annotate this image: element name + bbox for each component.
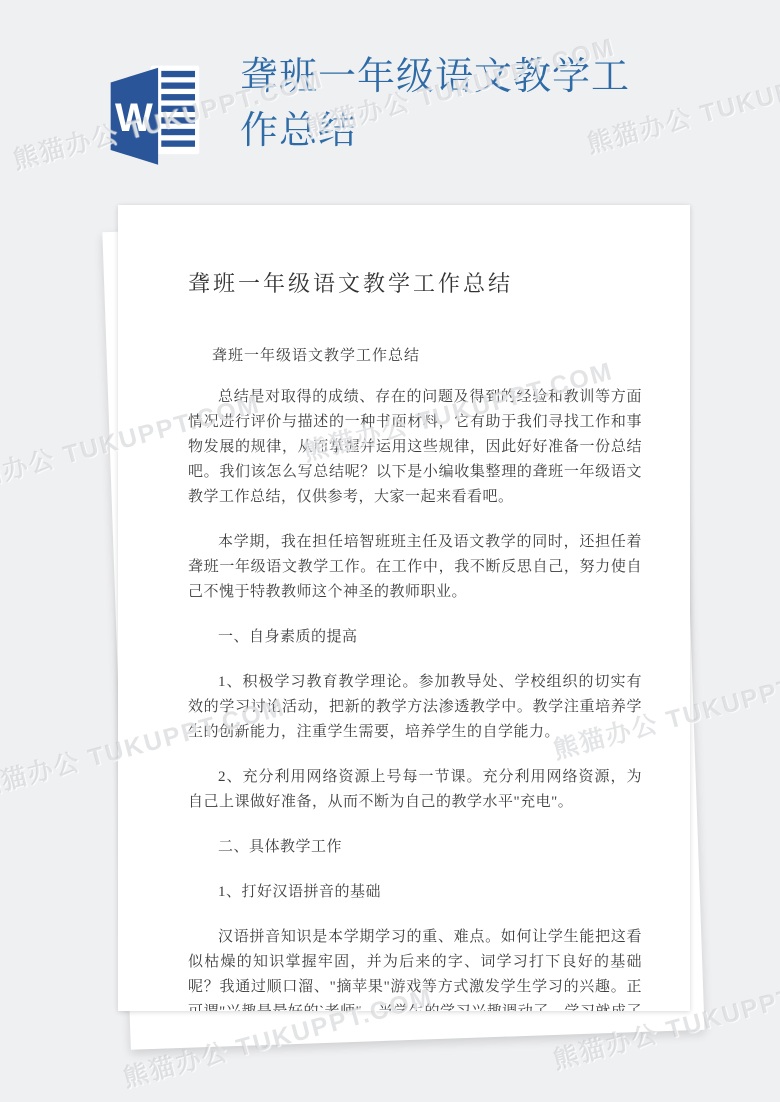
doc-paragraph: 一、自身素质的提高 [188, 625, 642, 650]
word-file-icon: W [98, 58, 214, 166]
header: W 聋班一年级语文教学工作总结 [0, 0, 780, 190]
page-title: 聋班一年级语文教学工作总结 [240, 50, 664, 158]
document-preview: W 聋班一年级语文教学工作总结 聋班一年级语文教学工作总结聋班一年级语文教学工作… [0, 0, 780, 1102]
doc-paragraph: 二、具体教学工作 [188, 835, 642, 860]
doc-subtitle: 聋班一年级语文教学工作总结 [188, 344, 642, 365]
document-content: 聋班一年级语文教学工作总结聋班一年级语文教学工作总结总结是对取得的成绩、存在的问… [118, 205, 690, 1011]
doc-paragraph: 总结是对取得的成绩、存在的问题及得到的经验和教训等方面情况进行评价与描述的一种书… [188, 385, 642, 510]
doc-paragraph: 汉语拼音知识是本学期学习的重、难点。如何让学生能把这看似枯燥的知识掌握牢固，并为… [188, 925, 642, 1011]
document-page: 聋班一年级语文教学工作总结聋班一年级语文教学工作总结总结是对取得的成绩、存在的问… [118, 205, 690, 1011]
word-icon-letter: W [115, 96, 153, 140]
doc-title: 聋班一年级语文教学工作总结 [188, 267, 642, 298]
doc-paragraph: 1、积极学习教育教学理论。参加教导处、学校组织的切实有效的学习讨论活动，把新的教… [188, 670, 642, 745]
doc-paragraph: 2、充分利用网络资源上号每一节课。充分利用网络资源，为自己上课做好准备，从而不断… [188, 765, 642, 815]
doc-paragraph: 1、打好汉语拼音的基础 [188, 880, 642, 905]
doc-paragraph: 本学期，我在担任培智班班主任及语文教学的同时，还担任着聋班一年级语文教学工作。在… [188, 530, 642, 605]
